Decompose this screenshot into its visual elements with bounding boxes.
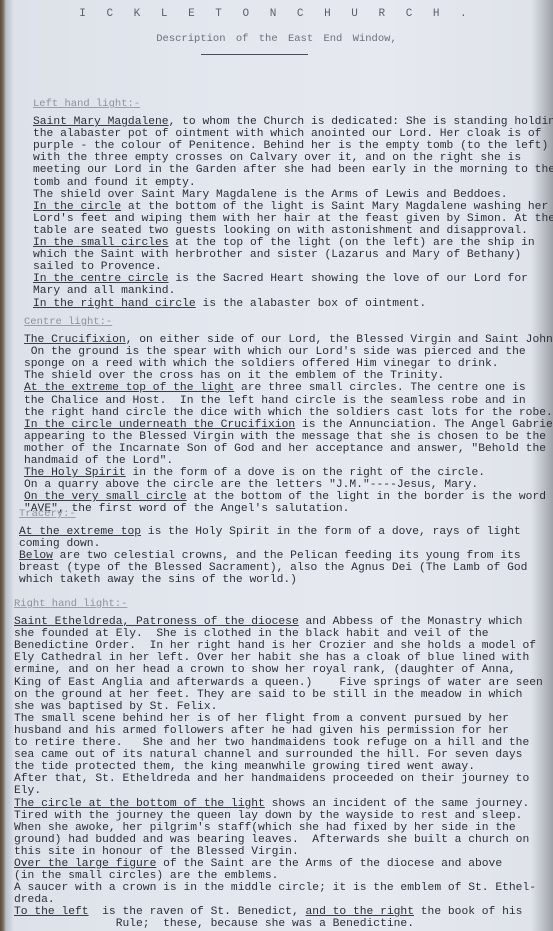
text-line: handmaid of the Lord". (24, 455, 553, 467)
text-line: On a quarry above the circle are the let… (24, 479, 553, 491)
text-line: sailed to Provence. (33, 261, 553, 273)
text-run: appearing to the Blessed Virgin with the… (24, 431, 546, 443)
text-run: is the Annunciation. The Angel Gabriel (295, 419, 553, 431)
text-run: is the alabaster box of ointment. (196, 298, 427, 310)
text-line: The shield over the cross has on it the … (24, 370, 553, 382)
text-line: sea came out of its natural channel and … (14, 749, 553, 761)
text-line: On the very small circle at the bottom o… (24, 491, 553, 503)
underlined-heading-phrase: On the very small circle (24, 491, 187, 503)
text-line: on the ground at her feet. They are said… (14, 689, 553, 701)
text-line: In the centre circle is the Sacred Heart… (33, 273, 553, 285)
text-line: To the left is the raven of St. Benedict… (14, 906, 553, 918)
underlined-heading-phrase: The Holy Spirit (24, 467, 126, 479)
text-line: mother of the Incarnate Son of God and h… (24, 443, 553, 455)
text-line: tomb and found it empty. (33, 177, 553, 189)
text-run: The small scene behind her is of her fli… (14, 713, 509, 725)
text-run: to retire there. She and her two handmai… (14, 737, 529, 749)
text-run: handmaid of the Lord". (24, 455, 173, 467)
text-line: the Chalice and Host. In the left hand c… (24, 395, 553, 407)
text-line: (in the small circles) are the emblems. (14, 870, 553, 882)
underlined-heading-phrase: In the right hand circle (33, 298, 196, 310)
text-run: , on either side of our Lord, the Blesse… (126, 334, 553, 346)
text-run: King of East Anglia and afterwards a que… (14, 677, 543, 689)
text-run: in the form of a dove is on the right of… (126, 467, 485, 479)
text-line: dreda. (14, 894, 553, 906)
text-line: Below are two celestial crowns, and the … (19, 550, 553, 562)
text-line: Benedictine Order. In her right hand is … (14, 640, 553, 652)
text-line: Saint Mary Magdalene, to whom the Church… (33, 116, 553, 128)
text-line: When she awoke, her pilgrim's staff(whic… (14, 822, 553, 834)
text-line: The circle at the bottom of the light sh… (14, 798, 553, 810)
text-line: sponge on a reed with which the soldiers… (24, 358, 553, 370)
text-run: Ely. (14, 785, 41, 797)
text-line: Ely Cathedral in her left. Over her habi… (14, 652, 553, 664)
text-line: this site in honour of the Blessed Virgi… (14, 846, 553, 858)
section-label: Left hand light:- (33, 98, 553, 110)
text-line: The shield over Saint Mary Magdalene is … (33, 189, 553, 201)
text-run: mother of the Incarnate Son of God and h… (24, 443, 546, 455)
underlined-heading-phrase: The Crucifixion (24, 334, 126, 346)
section-body: Saint Etheldreda, Patroness of the dioce… (14, 616, 553, 930)
document-subtitle: Description of the East End Window, (0, 33, 553, 45)
text-line: Saint Etheldreda, Patroness of the dioce… (14, 616, 553, 628)
text-run: sponge on a reed with which the soldiers… (24, 358, 499, 370)
underlined-heading-phrase: Over the large figure (14, 858, 156, 870)
text-run: on the ground at her feet. They are said… (14, 689, 522, 701)
section-label: Right hand light:- (14, 598, 553, 610)
text-line: Lord's feet and wiping them with her hai… (33, 213, 553, 225)
underlined-heading-phrase: In the circle underneath the Crucifixion (24, 419, 295, 431)
text-line: In the small circles at the top of the l… (33, 237, 553, 249)
text-run: shows an incident of the same journey. (265, 798, 529, 810)
text-run: which the Saint with herbrother and sist… (33, 249, 521, 261)
text-run: the alabaster pot of ointment with which… (33, 128, 541, 140)
text-run: the right hand circle the dice with whic… (24, 407, 553, 419)
section-body: At the extreme top is the Holy Spirit in… (19, 526, 553, 586)
text-run: Benedictine Order. In her right hand is … (14, 640, 536, 652)
text-run: tomb and found it empty. (33, 177, 196, 189)
text-line: table are seated two guests looking on w… (33, 225, 553, 237)
underlined-heading-phrase: Saint Etheldreda, Patroness of the dioce… (14, 616, 299, 628)
text-run: dreda. (14, 894, 55, 906)
text-line: the tide protected them, the king meanwh… (14, 761, 553, 773)
text-run: of the Saint are the Arms of the diocese… (156, 858, 502, 870)
text-run: the book of his (414, 906, 522, 918)
text-line: which taketh away the sins of the world.… (19, 574, 553, 586)
text-run: (in the small circles) are the emblems. (14, 870, 278, 882)
text-line: At the extreme top is the Holy Spirit in… (19, 526, 553, 538)
text-line: Ely. (14, 785, 553, 797)
text-line: A saucer with a crown is in the middle c… (14, 882, 553, 894)
document-title: I C K L E T O N C H U R C H . (0, 8, 553, 20)
underlined-heading-phrase: To the left (14, 906, 89, 918)
text-run: is the Sacred Heart showing the love of … (169, 273, 528, 285)
text-line: ground) had budded and was bearing leave… (14, 834, 553, 846)
underlined-heading-phrase: The circle at the bottom of the light (14, 798, 265, 810)
text-run: Lord's feet and wiping them with her hai… (33, 213, 553, 225)
text-line: King of East Anglia and afterwards a que… (14, 677, 553, 689)
text-run: at the bottom of the light is Saint Mary… (121, 201, 548, 213)
text-run: sailed to Provence. (33, 261, 162, 273)
text-line: Mary and all mankind. (33, 285, 553, 297)
text-line: On the ground is the spear with which ou… (24, 346, 553, 358)
text-line: The Crucifixion, on either side of our L… (24, 334, 553, 346)
title-divider (201, 54, 308, 55)
underlined-heading-phrase: Saint Mary Magdalene (33, 116, 169, 128)
section-centre-light: Centre light:- The Crucifixion, on eithe… (24, 316, 553, 516)
text-line: to retire there. She and her two handmai… (14, 737, 553, 749)
text-run: she was baptised by St. Felix. (14, 701, 217, 713)
text-line: After that, St. Etheldreda and her handm… (14, 773, 553, 785)
text-run: table are seated two guests looking on w… (33, 225, 528, 237)
text-run: Ely Cathedral in her left. Over her habi… (14, 652, 529, 664)
text-line: husband and his armed followers after he… (14, 725, 553, 737)
text-run: ermine, and on her head a crown to show … (14, 664, 516, 676)
text-run: coming down. (19, 538, 100, 550)
text-line: with the three empty crosses on Calvary … (33, 152, 553, 164)
text-line: Tired with the journey the queen lay dow… (14, 810, 553, 822)
text-run: breast (type of the Blessed Sacrament), … (19, 562, 527, 574)
underlined-heading-phrase: In the centre circle (33, 273, 169, 285)
text-run: The shield over Saint Mary Magdalene is … (33, 189, 508, 201)
text-line: the right hand circle the dice with whic… (24, 407, 553, 419)
text-line: meeting our Lord in the Garden after she… (33, 164, 553, 176)
text-run: Mary and all mankind. (33, 285, 175, 297)
text-run: meeting our Lord in the Garden after she… (33, 164, 553, 176)
text-run: Tired with the journey the queen lay dow… (14, 810, 522, 822)
text-run: On a quarry above the circle are the let… (24, 479, 478, 491)
text-line: breast (type of the Blessed Sacrament), … (19, 562, 553, 574)
text-line: Rule; these, because she was a Benedicti… (14, 918, 553, 930)
text-line: which the Saint with herbrother and sist… (33, 249, 553, 261)
section-label: Tracery:- (19, 508, 553, 520)
text-line: she founded at Ely. She is clothed in th… (14, 628, 553, 640)
text-line: purple - the colour of Penitence. Behind… (33, 140, 553, 152)
text-line: the alabaster pot of ointment with which… (33, 128, 553, 140)
text-run: the tide protected them, the king meanwh… (14, 761, 475, 773)
text-run: After that, St. Etheldreda and her handm… (14, 773, 529, 785)
text-run: the Chalice and Host. In the left hand c… (24, 395, 526, 407)
text-line: ermine, and on her head a crown to show … (14, 664, 553, 676)
text-run: purple - the colour of Penitence. Behind… (33, 140, 548, 152)
text-line: In the circle underneath the Crucifixion… (24, 419, 553, 431)
section-body: The Crucifixion, on either side of our L… (24, 334, 553, 515)
text-line: In the circle at the bottom of the light… (33, 201, 553, 213)
text-line: appearing to the Blessed Virgin with the… (24, 431, 553, 443)
document-page: I C K L E T O N C H U R C H . Descriptio… (0, 0, 553, 931)
text-run: are two celestial crowns, and the Pelica… (53, 550, 521, 562)
text-run: is the Holy Spirit in the form of a dove… (141, 526, 521, 538)
underlined-heading-phrase: In the small circles (33, 237, 169, 249)
text-run: at the top of the light (on the left) ar… (169, 237, 535, 249)
underlined-heading-phrase: In the circle (33, 201, 121, 213)
text-run: Rule; these, because she was a Benedicti… (14, 918, 414, 930)
text-line: The Holy Spirit in the form of a dove is… (24, 467, 553, 479)
text-line: Over the large figure of the Saint are t… (14, 858, 553, 870)
text-run: she founded at Ely. She is clothed in th… (14, 628, 489, 640)
text-run: sea came out of its natural channel and … (14, 749, 522, 761)
text-run: is the raven of St. Benedict, (89, 906, 306, 918)
text-run: , to whom the Church is dedicated: She i… (169, 116, 553, 128)
section-right-hand-light: Right hand light:- Saint Etheldreda, Pat… (14, 598, 553, 931)
section-tracery: Tracery:- At the extreme top is the Holy… (19, 508, 553, 587)
section-label: Centre light:- (24, 316, 553, 328)
underlined-heading-phrase: At the extreme top of the light (24, 382, 234, 394)
underlined-heading-phrase: and to the right (306, 906, 414, 918)
text-run: When she awoke, her pilgrim's staff(whic… (14, 822, 516, 834)
text-run: and Abbess of the Monastry which (299, 616, 523, 628)
text-run: this site in honour of the Blessed Virgi… (14, 846, 299, 858)
text-line: coming down. (19, 538, 553, 550)
text-run: with the three empty crosses on Calvary … (33, 152, 521, 164)
text-run: at the bottom of the light in the border… (187, 491, 546, 503)
underlined-heading-phrase: At the extreme top (19, 526, 141, 538)
section-left-hand-light: Left hand light:- Saint Mary Magdalene, … (33, 98, 553, 310)
text-run: A saucer with a crown is in the middle c… (14, 882, 536, 894)
text-run: ground) had budded and was bearing leave… (14, 834, 529, 846)
section-body: Saint Mary Magdalene, to whom the Church… (33, 116, 553, 310)
text-run: are three small circles. The centre one … (234, 382, 526, 394)
text-line: The small scene behind her is of her fli… (14, 713, 553, 725)
text-run: On the ground is the spear with which ou… (24, 346, 526, 358)
underlined-heading-phrase: Below (19, 550, 53, 562)
text-line: In the right hand circle is the alabaste… (33, 298, 553, 310)
text-line: At the extreme top of the light are thre… (24, 382, 553, 394)
text-line: she was baptised by St. Felix. (14, 701, 553, 713)
text-run: The shield over the cross has on it the … (24, 370, 444, 382)
text-run: which taketh away the sins of the world.… (19, 574, 297, 586)
text-run: husband and his armed followers after he… (14, 725, 509, 737)
